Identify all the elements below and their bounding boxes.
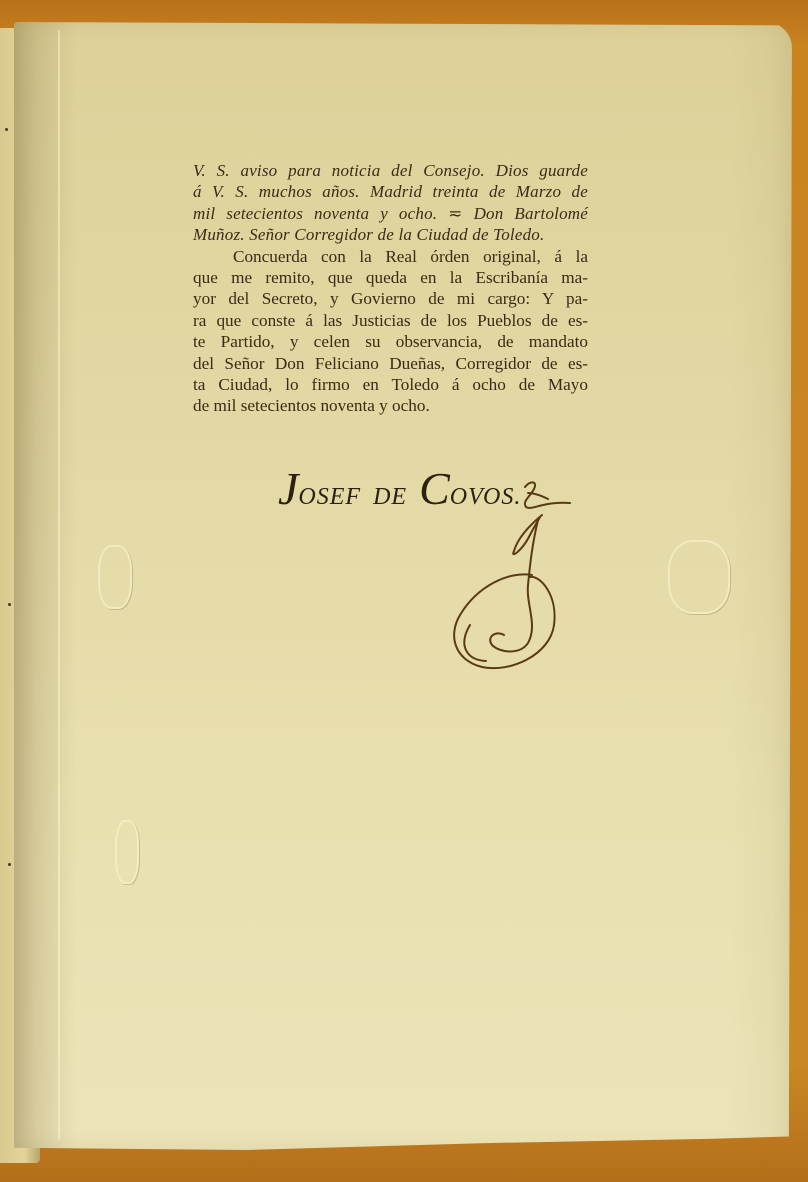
text-line: de mil setecientos noventa y ocho. <box>193 395 588 416</box>
signature-particle: DE <box>373 484 407 510</box>
text-line: V. S. aviso para noticia del Consejo. Di… <box>193 160 588 181</box>
document-text: V. S. aviso para noticia del Consejo. Di… <box>193 160 588 417</box>
text-line: que me remito, que queda en la Escribaní… <box>193 267 588 288</box>
embossed-seal <box>668 540 730 614</box>
handwritten-rubric-icon <box>430 475 600 685</box>
text-line: te Partido, y celen su observancia, de m… <box>193 331 588 352</box>
signature-first-name: OSEF <box>298 484 361 510</box>
text-line: ta Ciudad, lo firmo en Toledo á ocho de … <box>193 374 588 395</box>
ink-speck <box>8 863 11 866</box>
page-crease <box>58 30 60 1140</box>
text-line: Muñoz. Señor Corregidor de la Ciudad de … <box>193 224 588 245</box>
embossed-mark <box>98 545 132 609</box>
text-line: ra que conste á las Justicias de los Pue… <box>193 310 588 331</box>
text-line: del Señor Don Feliciano Dueñas, Corregid… <box>193 353 588 374</box>
ink-speck <box>5 128 8 131</box>
embossed-mark <box>115 820 139 884</box>
ink-speck <box>8 603 11 606</box>
text-line: mil setecientos noventa y ocho. ≂ Don Ba… <box>193 203 588 224</box>
text-line: á V. S. muchos años. Madrid treinta de M… <box>193 181 588 202</box>
text-line: yor del Secreto, y Govierno de mi cargo:… <box>193 288 588 309</box>
text-line: Concuerda con la Real órden original, á … <box>193 246 588 267</box>
signature-initial: J <box>278 463 298 514</box>
